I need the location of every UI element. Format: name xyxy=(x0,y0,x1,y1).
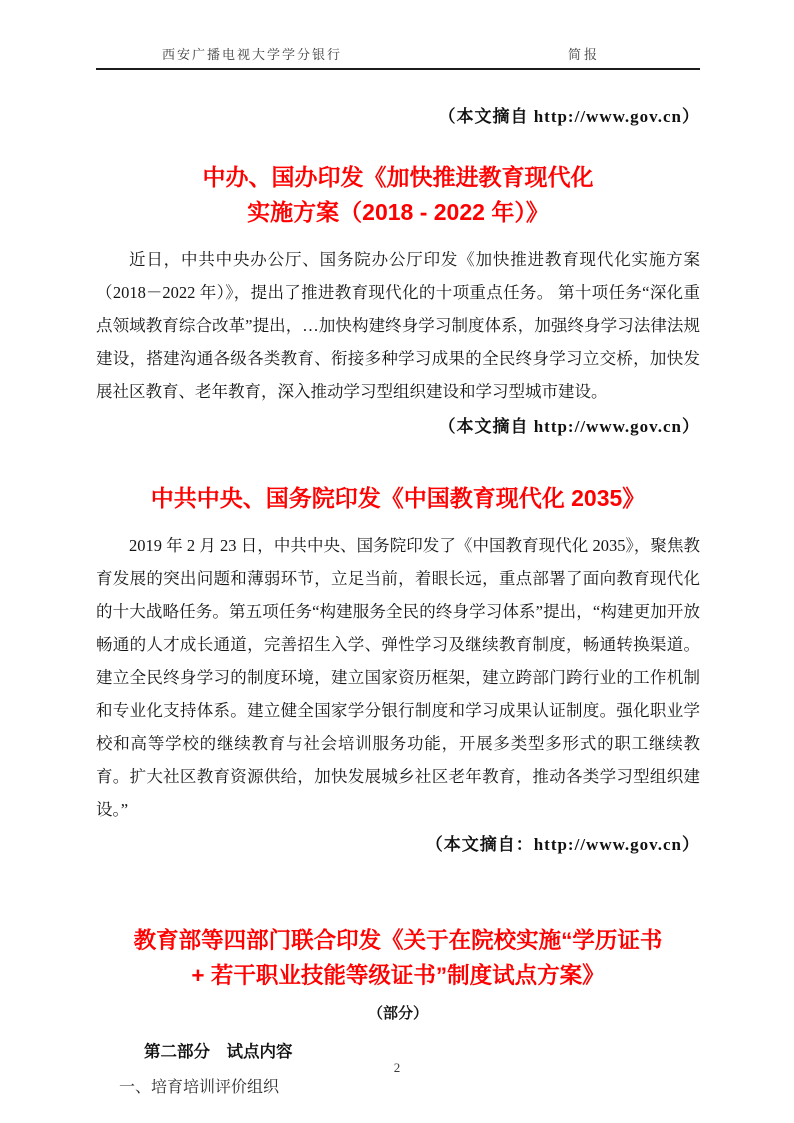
article2-title: 中共中央、国务院印发《中国教育现代化 2035》 xyxy=(96,481,700,516)
article3-section-heading: 第二部分 试点内容 xyxy=(96,1038,700,1062)
article3-subtitle: （部分） xyxy=(96,1002,700,1023)
article1-source-note: （本文摘自 http://www.gov.cn） xyxy=(96,410,700,443)
article3-title-line2: + 若干职业技能等级证书”制度试点方案》 xyxy=(96,958,700,993)
article2-body: 2019 年 2 月 23 日，中共中央、国务院印发了《中国教育现代化 2035… xyxy=(96,529,700,826)
header-school-name: 西安广播电视大学学分银行 xyxy=(96,44,342,63)
page-number: 2 xyxy=(0,1060,794,1076)
header-doc-type: 简报 xyxy=(568,44,696,63)
article3-title-line1: 教育部等四部门联合印发《关于在院校实施“学历证书 xyxy=(96,923,700,958)
article1-title-line2: 实施方案（2018 - 2022 年）》 xyxy=(96,195,700,230)
document-page: 西安广播电视大学学分银行 简报 （本文摘自 http://www.gov.cn）… xyxy=(0,0,794,1123)
article2-source-note: （本文摘自：http://www.gov.cn） xyxy=(96,828,700,861)
top-source-note: （本文摘自 http://www.gov.cn） xyxy=(96,104,700,130)
article1-title-line1: 中办、国办印发《加快推进教育现代化 xyxy=(96,160,700,195)
page-header: 西安广播电视大学学分银行 简报 xyxy=(96,44,700,70)
article1-body: 近日，中共中央办公厅、国务院办公厅印发《加快推进教育现代化实施方案（2018－2… xyxy=(96,243,700,408)
article3-subsection-heading: 一、培育培训评价组织 xyxy=(96,1074,700,1097)
article3-title: 教育部等四部门联合印发《关于在院校实施“学历证书 + 若干职业技能等级证书”制度… xyxy=(96,923,700,993)
article1-title: 中办、国办印发《加快推进教育现代化 实施方案（2018 - 2022 年）》 xyxy=(96,160,700,230)
